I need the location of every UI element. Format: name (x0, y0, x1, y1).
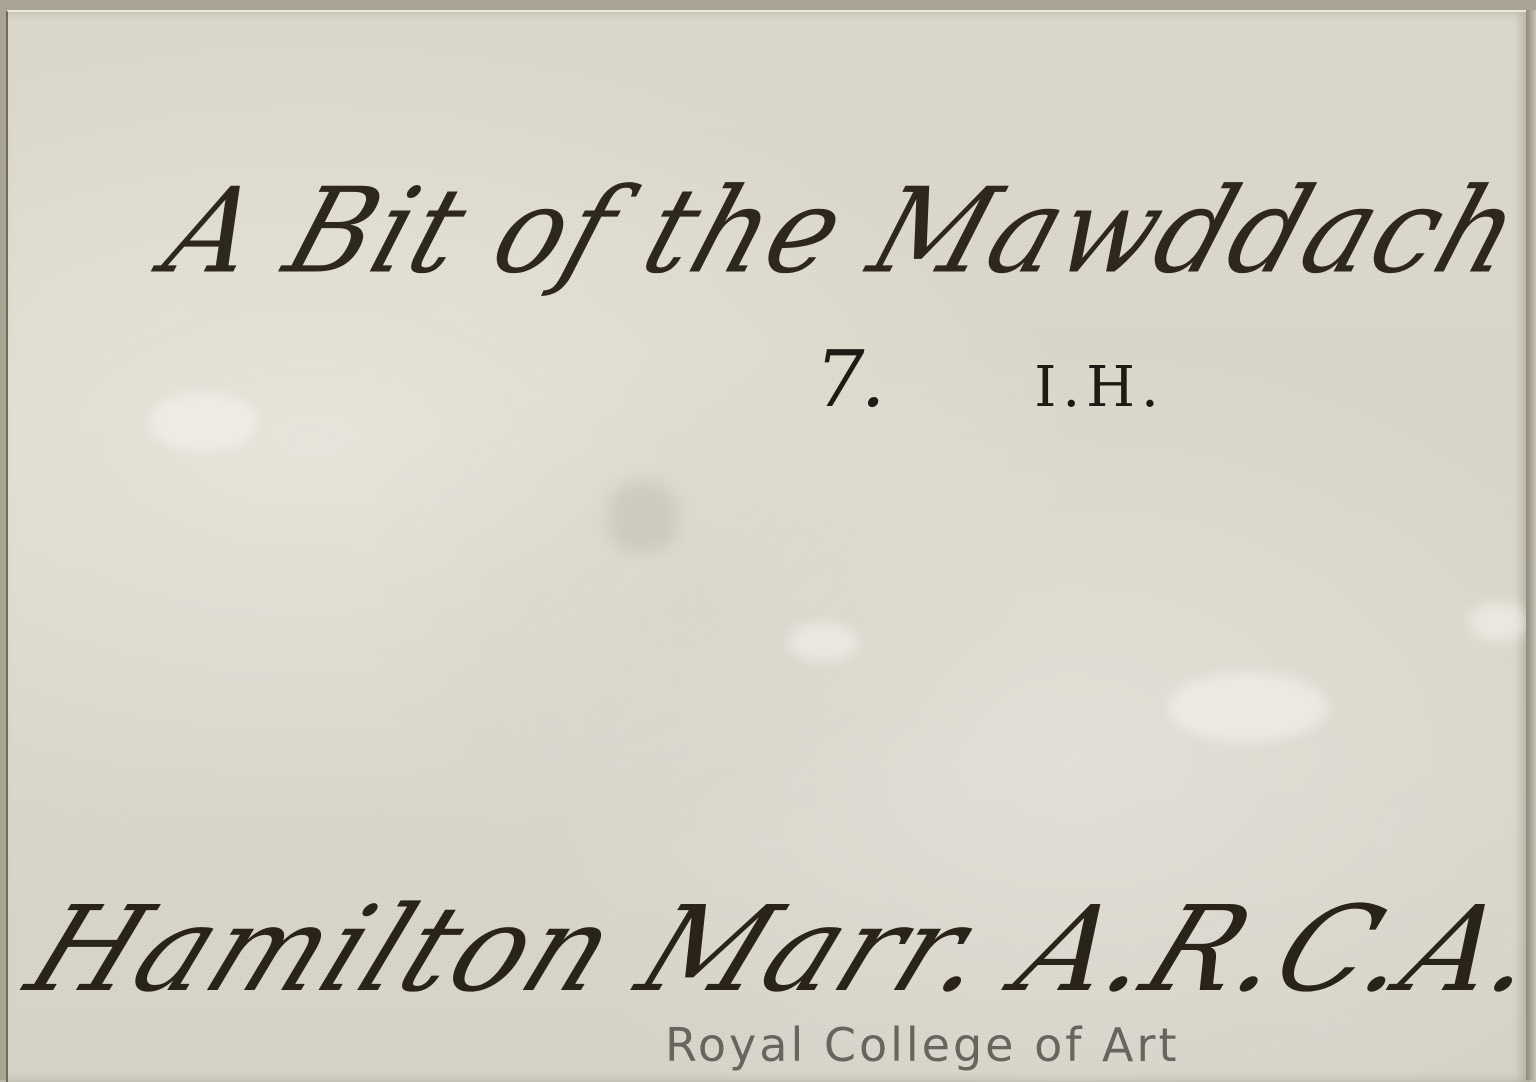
initials: I.H. (1034, 355, 1165, 420)
catalog-line: 7. I.H. (815, 335, 1165, 425)
artist-signature: Hamilton Marr. A.R.C.A. (10, 880, 1536, 1018)
mount-frame: A Bit of the Mawddach Valley. 7. I.H. Ha… (0, 0, 1536, 1080)
pencil-annotation: Royal College of Art (665, 1018, 1179, 1072)
handwritten-title: A Bit of the Mawddach Valley. (150, 164, 1536, 301)
paper-stain (1468, 602, 1528, 642)
catalog-number: 7. (807, 335, 897, 425)
paper-stain (148, 392, 258, 452)
paper-stain (1168, 672, 1328, 742)
paper-stain (788, 622, 858, 662)
graphite-smudge (608, 482, 678, 552)
